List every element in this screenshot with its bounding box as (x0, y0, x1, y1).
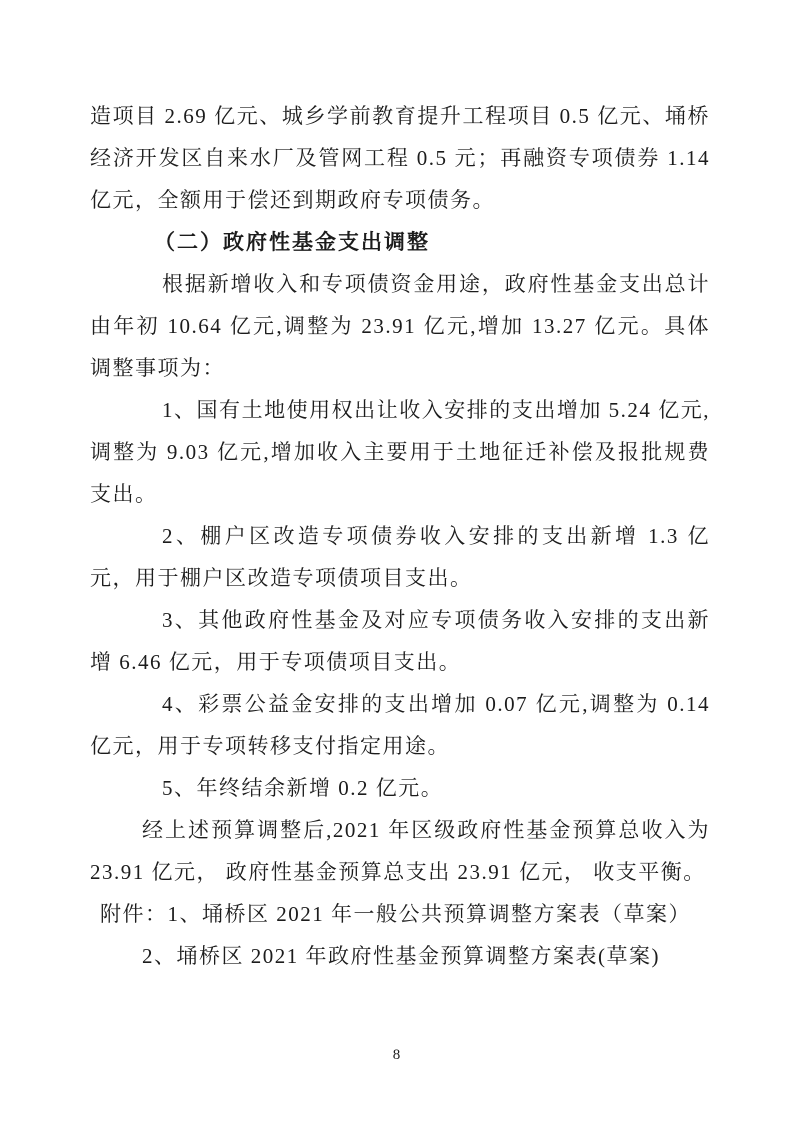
paragraph-item-2-shantytown-bonds: 2、棚户区改造专项债券收入安排的支出新增 1.3 亿元，用于棚户区改造专项债项目… (90, 515, 710, 599)
paragraph-fund-expenditure-overview: 根据新增收入和专项债资金用途，政府性基金支出总计由年初 10.64 亿元,调整为… (90, 263, 710, 389)
paragraph-item-5-year-end-balance: 5、年终结余新增 0.2 亿元。 (90, 767, 710, 809)
paragraph-item-3-other-funds: 3、其他政府性基金及对应专项债务收入安排的支出新增 6.46 亿元，用于专项债项… (90, 599, 710, 683)
document-body: 造项目 2.69 亿元、城乡学前教育提升工程项目 0.5 亿元、埇桥经济开发区自… (90, 95, 710, 977)
section-heading-fund-expenditure-adjustment: （二）政府性基金支出调整 (90, 221, 710, 263)
attachment-line-2: 2、埇桥区 2021 年政府性基金预算调整方案表(草案) (90, 935, 710, 977)
document-page: 造项目 2.69 亿元、城乡学前教育提升工程项目 0.5 亿元、埇桥经济开发区自… (0, 0, 793, 1122)
attachment-line-1: 附件：1、埇桥区 2021 年一般公共预算调整方案表（草案） (90, 893, 710, 935)
paragraph-continuation: 造项目 2.69 亿元、城乡学前教育提升工程项目 0.5 亿元、埇桥经济开发区自… (90, 95, 710, 221)
paragraph-item-4-lottery-fund: 4、彩票公益金安排的支出增加 0.07 亿元,调整为 0.14 亿元，用于专项转… (90, 683, 710, 767)
page-number: 8 (0, 1047, 793, 1064)
paragraph-budget-balance-summary: 经上述预算调整后,2021 年区级政府性基金预算总收入为 23.91 亿元， 政… (90, 809, 710, 893)
paragraph-item-1-land-use: 1、国有土地使用权出让收入安排的支出增加 5.24 亿元,调整为 9.03 亿元… (90, 389, 710, 515)
